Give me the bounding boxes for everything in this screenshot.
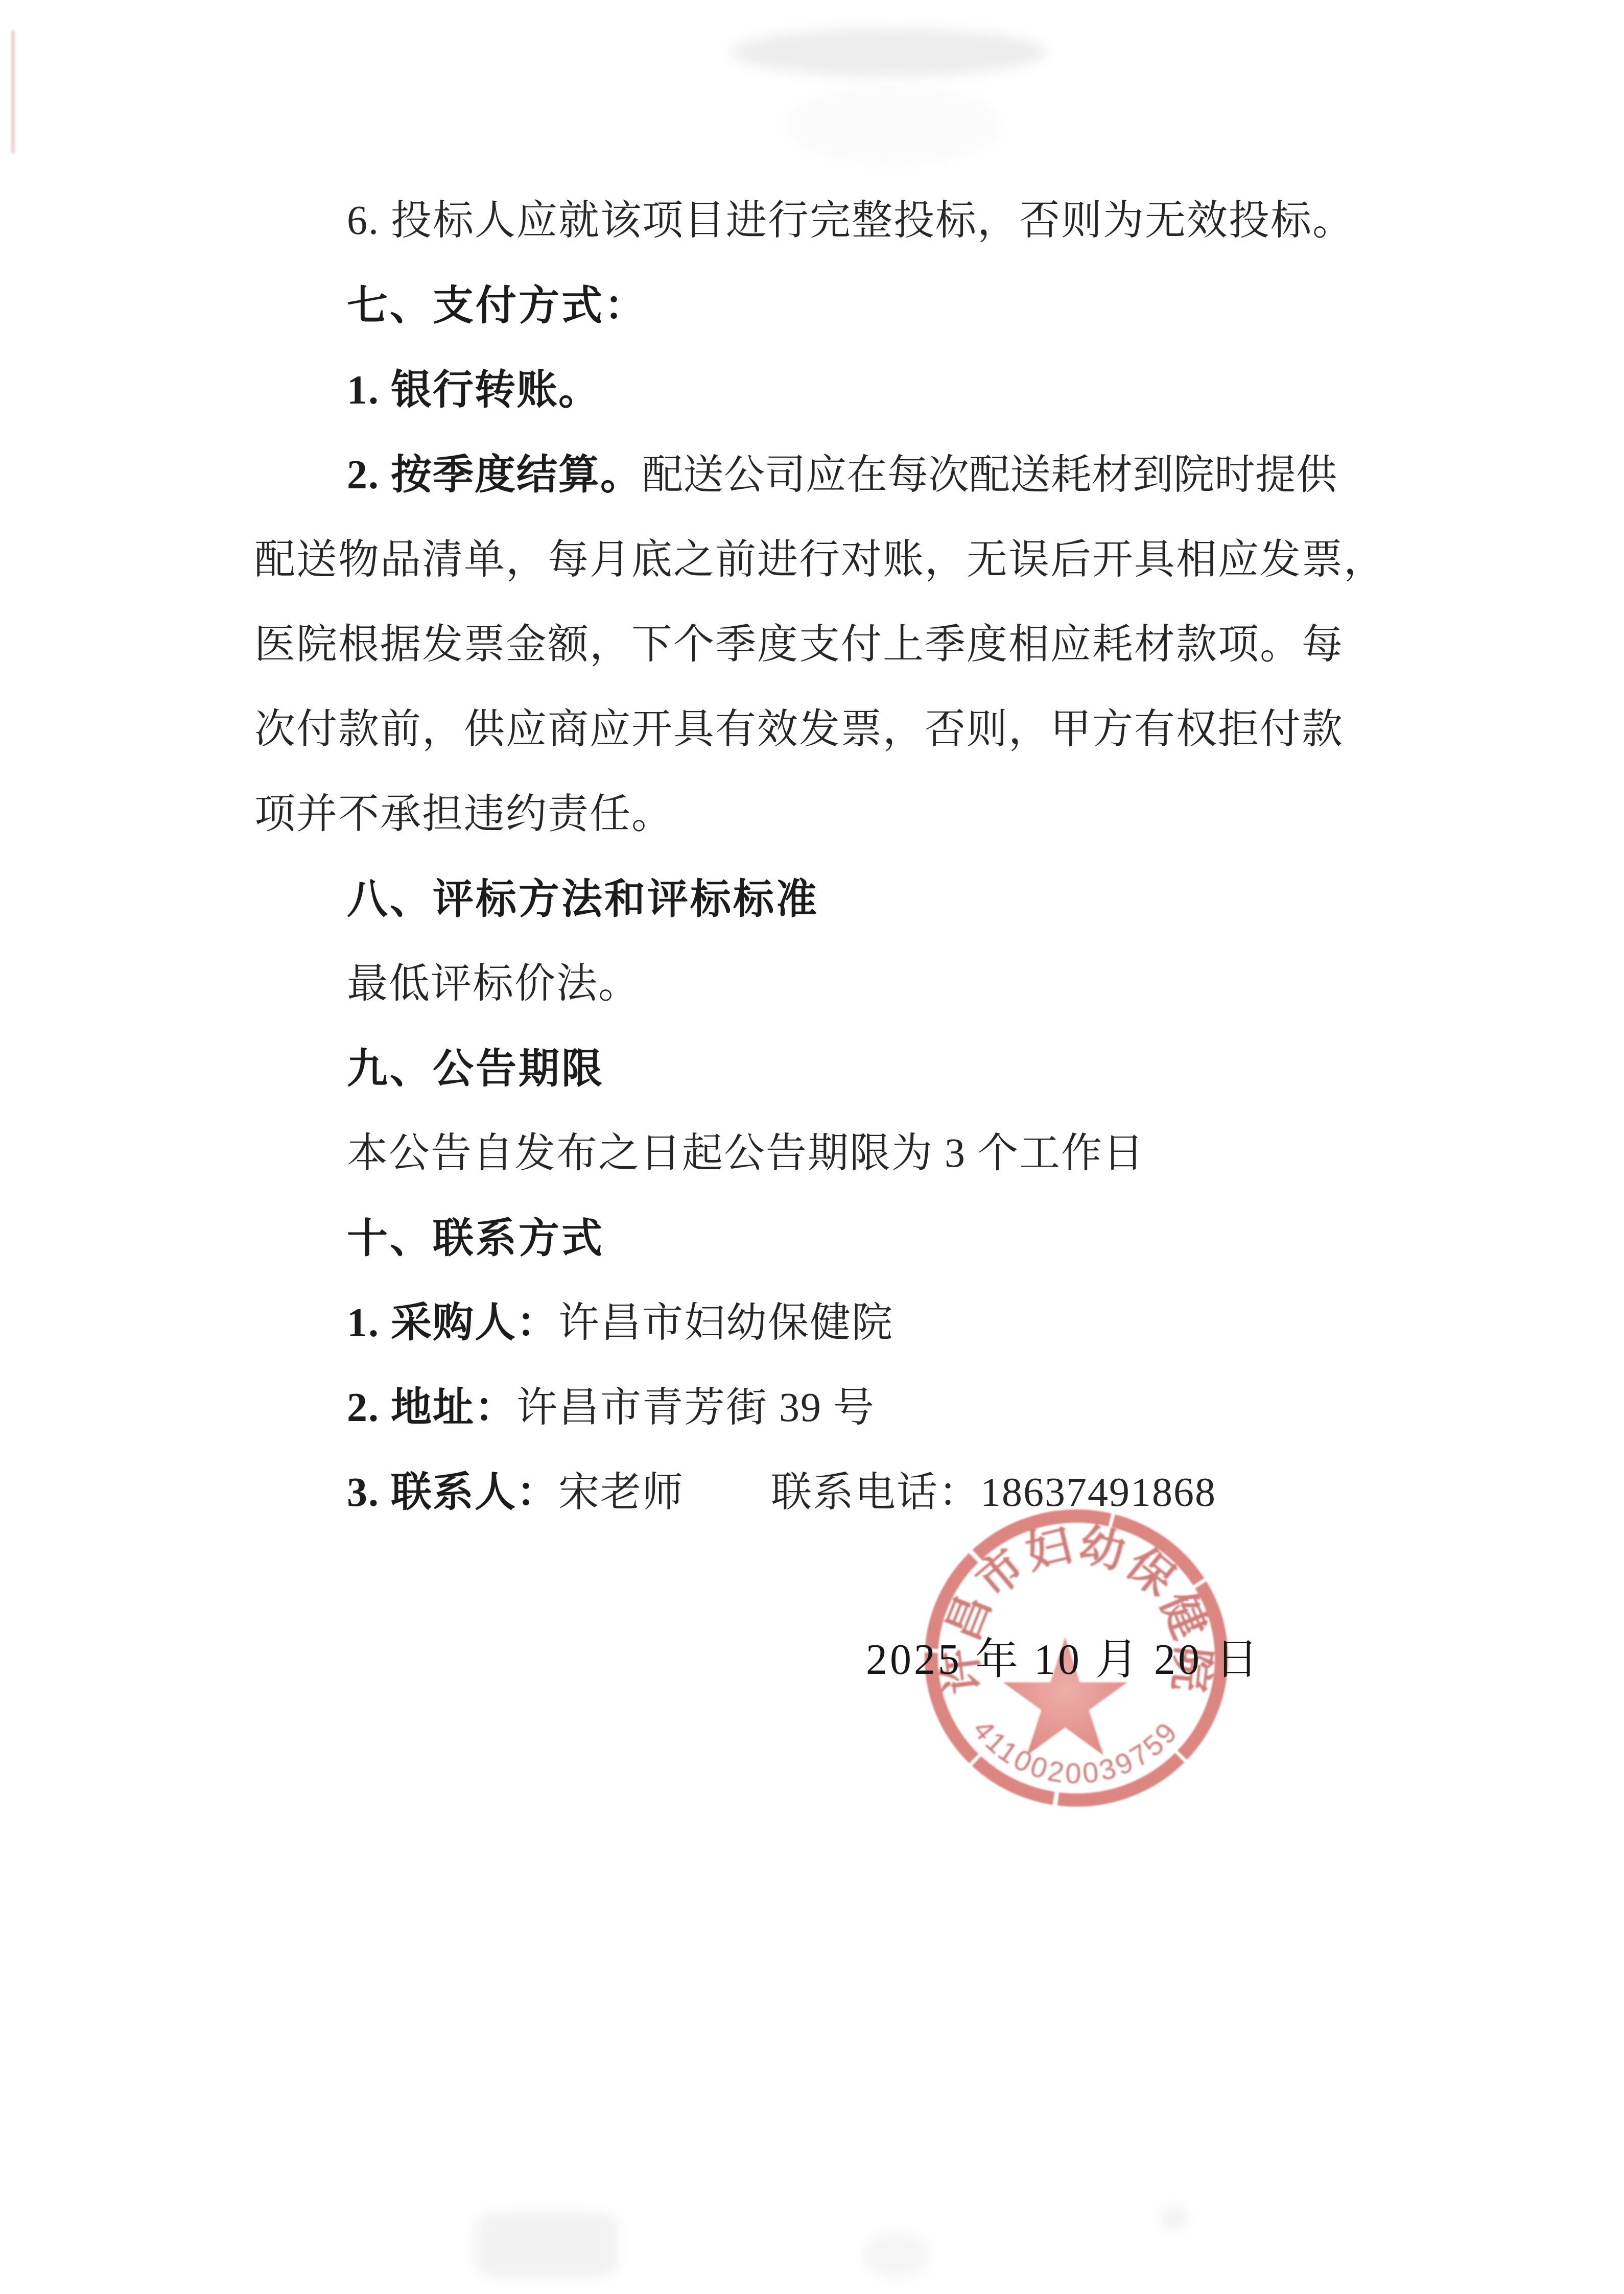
text-run: 八、评标方法和评标标准 [347,876,819,921]
date-line: 2025 年 10 月 20 日 [866,1634,1261,1687]
paragraph-line: 医院根据发票金额，下个季度支付上季度相应耗材款项。每 [254,602,1409,687]
text-run: 许昌市妇幼保健院 [558,1300,893,1345]
text-run: 配送物品清单，每月底之前进行对账，无误后开具相应发票， [254,537,1385,582]
heading-section-9-announcement-period: 九、公告期限 [254,1026,1409,1111]
line-lowest-price-method: 最低评标价法。 [254,941,1409,1026]
scan-smudge [731,28,1047,77]
text-run: 1. 银行转账。 [347,368,600,413]
line-address: 2. 地址：许昌市青芳街 39 号 [254,1365,1409,1450]
scan-smudge [1160,2207,1188,2230]
line-purchaser: 1. 采购人：许昌市妇幼保健院 [254,1281,1409,1365]
text-run: 许昌市青芳街 39 号 [516,1385,875,1430]
text-run: 配送公司应在每次配送耗材到院时提供 [642,453,1337,498]
document-body: 6. 投标人应就该项目进行完整投标，否则为无效投标。 七、支付方式： 1. 银行… [254,178,1409,1535]
text-run: 九、公告期限 [347,1046,604,1091]
scan-smudge [475,2212,618,2278]
text-run: 本公告自发布之日起公告期限为 3 个工作日 [347,1131,1145,1176]
text-run: 宋老师 [558,1470,684,1515]
text-run: 十、联系方式 [347,1215,604,1261]
heading-section-8-evaluation: 八、评标方法和评标标准 [254,857,1409,941]
heading-section-10-contact: 十、联系方式 [254,1196,1409,1281]
heading-section-7-payment: 七、支付方式： [254,263,1409,348]
text-run: 次付款前，供应商应开具有效发票，否则，甲方有权拒付款 [254,707,1344,752]
text-run: 最低评标价法。 [347,961,640,1006]
document-page: 6. 投标人应就该项目进行完整投标，否则为无效投标。 七、支付方式： 1. 银行… [0,0,1624,2294]
text-run: 3. 联系人： [347,1470,558,1515]
text-run: 项并不承担违约责任。 [254,792,673,837]
paragraph-line: 配送物品清单，每月底之前进行对账，无误后开具相应发票， [254,517,1409,602]
text-run: 医院根据发票金额，下个季度支付上季度相应耗材款项。每 [254,622,1344,667]
scan-smudge [863,2232,930,2278]
scan-smudge [787,87,1001,163]
text-run: 七、支付方式： [347,282,647,328]
text-run: 1. 采购人： [347,1300,558,1345]
text-run: 6. 投标人应就该项目进行完整投标，否则为无效投标。 [347,198,1354,243]
item-bank-transfer: 1. 银行转账。 [254,348,1409,433]
line-announcement-period: 本公告自发布之日起公告期限为 3 个工作日 [254,1111,1409,1196]
paragraph-line: 项并不承担违约责任。 [254,772,1409,857]
paragraph-line: 次付款前，供应商应开具有效发票，否则，甲方有权拒付款 [254,687,1409,772]
text-run: 2. 地址： [347,1385,516,1430]
clause-6: 6. 投标人应就该项目进行完整投标，否则为无效投标。 [254,178,1409,263]
text-run: 2. 按季度结算。 [347,453,642,498]
item-quarterly-settlement: 2. 按季度结算。配送公司应在每次配送耗材到院时提供 [254,433,1409,517]
scan-edge-artifact [11,31,15,153]
